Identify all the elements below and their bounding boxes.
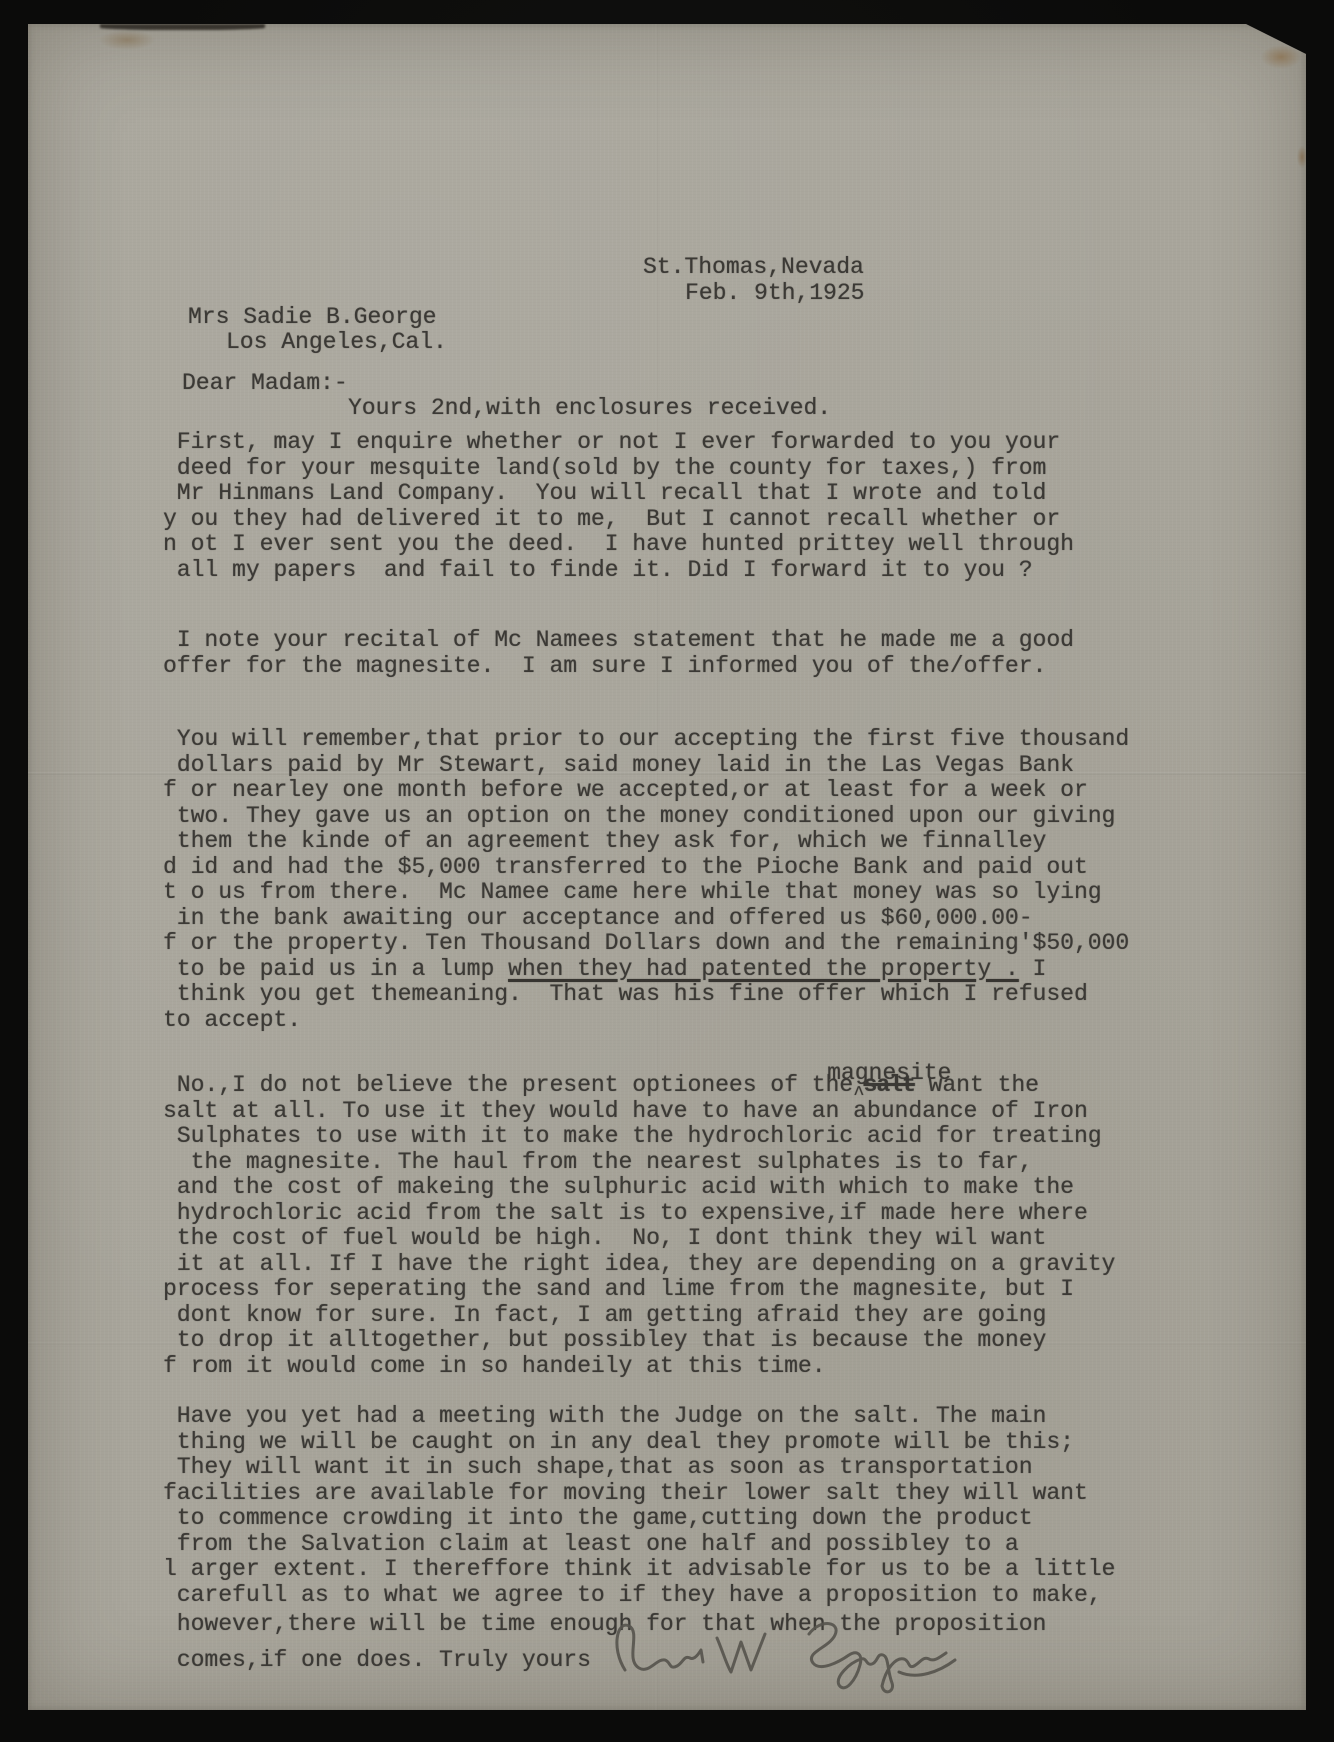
caret-mark: ^ <box>853 1083 864 1105</box>
underline-line-pre: to be paid us in a lump <box>163 956 508 982</box>
dateline-place: St.Thomas,Nevada <box>643 255 864 281</box>
body-line: l arger extent. I thereffore think it ad… <box>163 1557 1115 1583</box>
body-line: two. They gave us an option on the money… <box>163 804 1129 830</box>
body-line: hydrochloric acid from the salt is to ex… <box>163 1201 1115 1227</box>
body-line: to drop it alltogether, but possibley th… <box>163 1328 1115 1354</box>
signature-handwriting <box>598 1608 960 1703</box>
paragraph-2: I note your recital of Mc Namees stateme… <box>163 628 1074 679</box>
underline-line-post: I <box>1019 956 1047 982</box>
letter-page: St.Thomas,Nevada Feb. 9th,1925 Mrs Sadie… <box>28 24 1306 1710</box>
body-line: thing we will be caught on in any deal t… <box>163 1430 1115 1456</box>
closing-line-2: comes,if one does. Truly yours <box>163 1648 591 1674</box>
body-line: You will remember,that prior to our acce… <box>163 727 1129 753</box>
body-line: it at all. If I have the right idea, the… <box>163 1252 1115 1278</box>
body-line-underlined: to be paid us in a lump when they had pa… <box>163 957 1129 983</box>
body-line: salt at all. To use it they would have t… <box>163 1099 1115 1125</box>
body-line: dollars paid by Mr Stewart, said money l… <box>163 753 1129 779</box>
underlined-phrase: when they had patented the property . <box>508 956 1019 982</box>
body-line: f or the property. Ten Thousand Dollars … <box>163 931 1129 957</box>
body-line: facilities are available for moving thei… <box>163 1481 1115 1507</box>
dateline-date: Feb. 9th,1925 <box>685 281 864 307</box>
body-line: d id and had the $5,000 transferred to t… <box>163 855 1129 881</box>
body-line: the cost of fuel would be high. No, I do… <box>163 1226 1115 1252</box>
body-line: t o us from there. Mc Namee came here wh… <box>163 880 1129 906</box>
body-line: all my papers and fail to finde it. Did … <box>163 558 1074 584</box>
paragraph-4: No.,I do not believe the present optione… <box>163 1073 1115 1379</box>
opening-line: Yours 2nd,with enclosures received. <box>348 396 831 422</box>
body-line: First, may I enquire whether or not I ev… <box>163 430 1074 456</box>
body-line: f or nearley one month before we accepte… <box>163 778 1129 804</box>
body-line: to accept. <box>163 1008 1129 1034</box>
body-line: n ot I ever sent you the deed. I have hu… <box>163 532 1074 558</box>
body-line-correction: No.,I do not believe the present optione… <box>163 1073 1115 1099</box>
signature-stroke-levi <box>617 1625 703 1670</box>
body-line: Have you yet had a meeting with the Judg… <box>163 1404 1115 1430</box>
body-line: think you get themeaning. That was his f… <box>163 982 1129 1008</box>
body-line: deed for your mesquite land(sold by the … <box>163 456 1074 482</box>
body-line: carefull as to what we agree to if they … <box>163 1583 1115 1609</box>
paragraph-5: Have you yet had a meeting with the Judg… <box>163 1404 1115 1608</box>
body-line: dont know for sure. In fact, I am gettin… <box>163 1303 1115 1329</box>
body-line: from the Salvation claim at least one ha… <box>163 1532 1115 1558</box>
salutation: Dear Madam:- <box>182 371 348 397</box>
recipient-city: Los Angeles,Cal. <box>226 330 447 356</box>
body-line: in the bank awaiting our acceptance and … <box>163 906 1129 932</box>
body-line: y ou they had delivered it to me, But I … <box>163 507 1074 533</box>
body-line: Mr Hinmans Land Company. You will recall… <box>163 481 1074 507</box>
body-line: them the kinde of an agreement they ask … <box>163 829 1129 855</box>
body-line: offer for the magnesite. I am sure I inf… <box>163 654 1074 680</box>
paragraph-1: First, may I enquire whether or not I ev… <box>163 430 1074 583</box>
body-line: f rom it would come in so handeily at th… <box>163 1354 1115 1380</box>
body-line: process for seperating the sand and lime… <box>163 1277 1115 1303</box>
paragraph-3: You will remember,that prior to our acce… <box>163 727 1129 1033</box>
signature-stroke-w <box>717 1634 765 1672</box>
inserted-word: magnesite <box>827 1062 951 1085</box>
signature-stroke-syphus <box>809 1624 946 1692</box>
body-line: They will want it in such shape,that as … <box>163 1455 1115 1481</box>
recipient-name: Mrs Sadie B.George <box>188 305 436 331</box>
body-line: to commence crowding it into the game,cu… <box>163 1506 1115 1532</box>
body-line: and the cost of makeing the sulphuric ac… <box>163 1175 1115 1201</box>
correction-line-pre: No.,I do not believe the present optione… <box>163 1072 853 1098</box>
correction-anchor: magnesite^salt <box>853 1073 915 1100</box>
body-line: the magnesite. The haul from the nearest… <box>163 1150 1115 1176</box>
body-line: Sulphates to use with it to make the hyd… <box>163 1124 1115 1150</box>
top-left-smudge <box>88 26 166 54</box>
body-line: I note your recital of Mc Namees stateme… <box>163 628 1074 654</box>
